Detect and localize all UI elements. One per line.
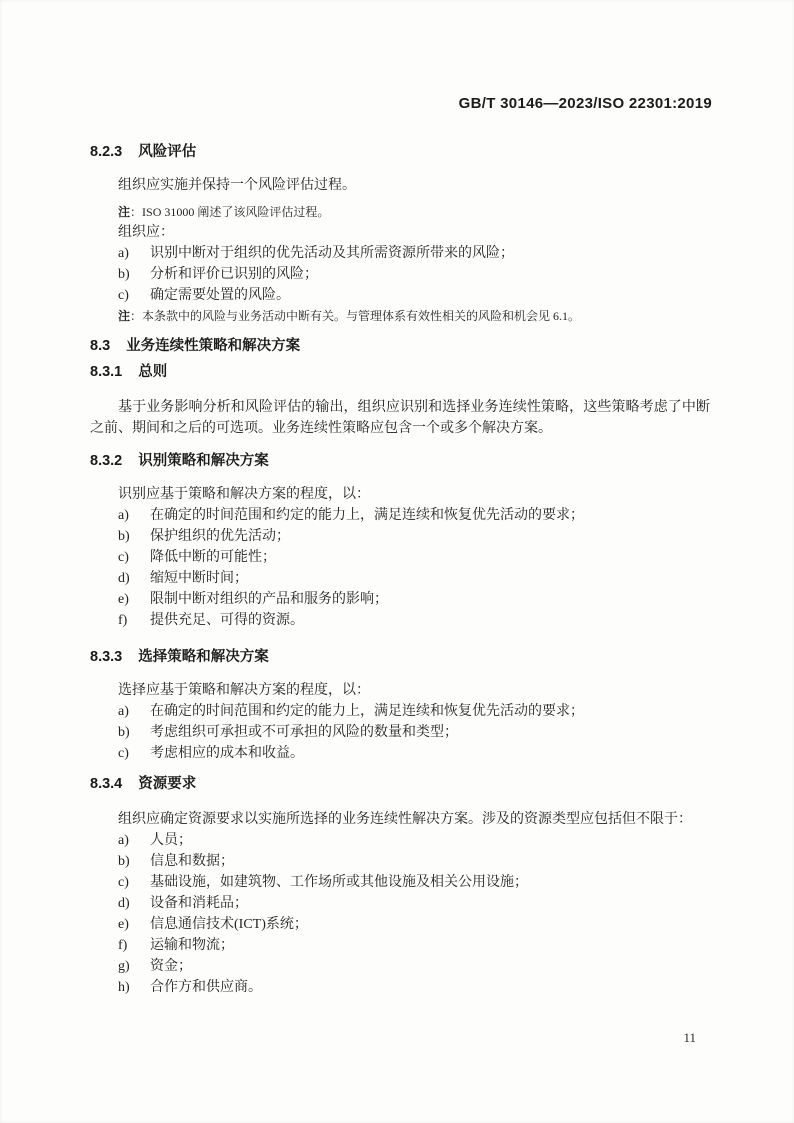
list-item: f) 运输和物流； bbox=[90, 935, 710, 956]
list-item: c) 确定需要处置的风险。 bbox=[90, 285, 710, 306]
list-item-label: a) bbox=[118, 243, 150, 264]
section-title: 总则 bbox=[138, 362, 167, 383]
list-item: b) 信息和数据； bbox=[90, 851, 710, 872]
list-item-text: 缩短中断时间； bbox=[150, 568, 710, 589]
list-item-text: 信息通信技术(ICT)系统； bbox=[150, 914, 710, 935]
list-item: a) 在确定的时间范围和约定的能力上，满足连续和恢复优先活动的要求； bbox=[90, 701, 710, 722]
section-number: 8.3.2 bbox=[90, 451, 122, 472]
list-item-text: 在确定的时间范围和约定的能力上，满足连续和恢复优先活动的要求； bbox=[150, 701, 710, 722]
body-paragraph: 基于业务影响分析和风险评估的输出，组织应识别和选择业务连续性策略，这些策略考虑了… bbox=[90, 397, 710, 439]
list-item-label: d) bbox=[118, 893, 150, 914]
list-item: e) 信息通信技术(ICT)系统； bbox=[90, 914, 710, 935]
list-item-label: b) bbox=[118, 526, 150, 547]
list-item-text: 设备和消耗品； bbox=[150, 893, 710, 914]
list-item-label: b) bbox=[118, 851, 150, 872]
standard-code: GB/T 30146—2023/ISO 22301:2019 bbox=[459, 95, 712, 112]
list-item: g) 资金； bbox=[90, 956, 710, 977]
section-heading-8-2-3: 8.2.3 风险评估 bbox=[90, 142, 710, 163]
list-item-text: 人员； bbox=[150, 830, 710, 851]
list-item-text: 提供充足、可得的资源。 bbox=[150, 610, 710, 631]
list-item-text: 运输和物流； bbox=[150, 935, 710, 956]
list-item-label: c) bbox=[118, 285, 150, 306]
list-item-label: f) bbox=[118, 935, 150, 956]
document-page: GB/T 30146—2023/ISO 22301:2019 8.2.3 风险评… bbox=[0, 0, 794, 1123]
note-text: 本条款中的风险与业务活动中断有关。与管理体系有效性相关的风险和机会见 6.1。 bbox=[142, 309, 580, 323]
list-item: h) 合作方和供应商。 bbox=[90, 977, 710, 998]
list-item-text: 考虑组织可承担或不可承担的风险的数量和类型； bbox=[150, 722, 710, 743]
list-lead-in: 组织应： bbox=[90, 222, 710, 243]
page-content: 8.2.3 风险评估 组织应实施并保持一个风险评估过程。 注：ISO 31000… bbox=[90, 142, 710, 998]
list-item: b) 考虑组织可承担或不可承担的风险的数量和类型； bbox=[90, 722, 710, 743]
list-item: c) 降低中断的可能性； bbox=[90, 547, 710, 568]
section-title: 识别策略和解决方案 bbox=[138, 451, 269, 472]
note: 注：本条款中的风险与业务活动中断有关。与管理体系有效性相关的风险和机会见 6.1… bbox=[90, 306, 710, 326]
list-item-text: 保护组织的优先活动； bbox=[150, 526, 710, 547]
list-item: d) 缩短中断时间； bbox=[90, 568, 710, 589]
note-label: 注 bbox=[118, 309, 130, 323]
section-title: 选择策略和解决方案 bbox=[138, 647, 269, 668]
list-item-label: e) bbox=[118, 914, 150, 935]
section-title: 资源要求 bbox=[138, 774, 196, 795]
list-item-label: a) bbox=[118, 505, 150, 526]
list-item-text: 限制中断对组织的产品和服务的影响； bbox=[150, 589, 710, 610]
section-heading-8-3: 8.3 业务连续性策略和解决方案 bbox=[90, 336, 710, 357]
list-item-label: c) bbox=[118, 743, 150, 764]
list-item-label: e) bbox=[118, 589, 150, 610]
list-item-text: 识别中断对于组织的优先活动及其所需资源所带来的风险； bbox=[150, 243, 710, 264]
list-item: a) 在确定的时间范围和约定的能力上，满足连续和恢复优先活动的要求； bbox=[90, 505, 710, 526]
list-item: b) 保护组织的优先活动； bbox=[90, 526, 710, 547]
running-header: GB/T 30146—2023/ISO 22301:2019 bbox=[0, 95, 712, 112]
list-item: c) 基础设施，如建筑物、工作场所或其他设施及相关公用设施； bbox=[90, 872, 710, 893]
section-number: 8.3 bbox=[90, 336, 110, 357]
section-heading-8-3-2: 8.3.2 识别策略和解决方案 bbox=[90, 451, 710, 472]
list-item-text: 在确定的时间范围和约定的能力上，满足连续和恢复优先活动的要求； bbox=[150, 505, 710, 526]
list-item-label: c) bbox=[118, 547, 150, 568]
list-item-label: a) bbox=[118, 830, 150, 851]
note-separator: ： bbox=[130, 205, 142, 219]
note-separator: ： bbox=[130, 309, 142, 323]
list-item-text: 确定需要处置的风险。 bbox=[150, 285, 710, 306]
list-item-text: 信息和数据； bbox=[150, 851, 710, 872]
list-item: d) 设备和消耗品； bbox=[90, 893, 710, 914]
list-item-label: h) bbox=[118, 977, 150, 998]
section-number: 8.3.3 bbox=[90, 647, 122, 668]
list-item-text: 降低中断的可能性； bbox=[150, 547, 710, 568]
section-heading-8-3-4: 8.3.4 资源要求 bbox=[90, 774, 710, 795]
list-item-label: f) bbox=[118, 610, 150, 631]
section-heading-8-3-3: 8.3.3 选择策略和解决方案 bbox=[90, 647, 710, 668]
list-item: c) 考虑相应的成本和收益。 bbox=[90, 743, 710, 764]
list-item-label: c) bbox=[118, 872, 150, 893]
list-item: b) 分析和评价已识别的风险； bbox=[90, 264, 710, 285]
list-item-text: 资金； bbox=[150, 956, 710, 977]
list-item-label: a) bbox=[118, 701, 150, 722]
list-item-text: 分析和评价已识别的风险； bbox=[150, 264, 710, 285]
list-item-label: b) bbox=[118, 264, 150, 285]
list-item-label: g) bbox=[118, 956, 150, 977]
section-title: 风险评估 bbox=[138, 142, 196, 163]
note-label: 注 bbox=[118, 205, 130, 219]
section-number: 8.2.3 bbox=[90, 142, 122, 163]
list-lead-in: 组织应确定资源要求以实施所选择的业务连续性解决方案。涉及的资源类型应包括但不限于… bbox=[90, 809, 710, 830]
list-item-text: 考虑相应的成本和收益。 bbox=[150, 743, 710, 764]
body-paragraph: 组织应实施并保持一个风险评估过程。 bbox=[90, 175, 710, 196]
note-text: ISO 31000 阐述了该风险评估过程。 bbox=[142, 205, 329, 219]
list-item-label: d) bbox=[118, 568, 150, 589]
list-item: a) 人员； bbox=[90, 830, 710, 851]
page-number: 11 bbox=[683, 1030, 696, 1046]
list-lead-in: 识别应基于策略和解决方案的程度，以： bbox=[90, 484, 710, 505]
note: 注：ISO 31000 阐述了该风险评估过程。 bbox=[90, 202, 710, 222]
list-item: f) 提供充足、可得的资源。 bbox=[90, 610, 710, 631]
list-item-text: 合作方和供应商。 bbox=[150, 977, 710, 998]
section-number: 8.3.4 bbox=[90, 774, 122, 795]
section-heading-8-3-1: 8.3.1 总则 bbox=[90, 362, 710, 383]
list-item-text: 基础设施，如建筑物、工作场所或其他设施及相关公用设施； bbox=[150, 872, 710, 893]
list-item: a) 识别中断对于组织的优先活动及其所需资源所带来的风险； bbox=[90, 243, 710, 264]
list-item: e) 限制中断对组织的产品和服务的影响； bbox=[90, 589, 710, 610]
section-number: 8.3.1 bbox=[90, 362, 122, 383]
list-lead-in: 选择应基于策略和解决方案的程度，以： bbox=[90, 680, 710, 701]
list-item-label: b) bbox=[118, 722, 150, 743]
section-title: 业务连续性策略和解决方案 bbox=[126, 336, 300, 357]
